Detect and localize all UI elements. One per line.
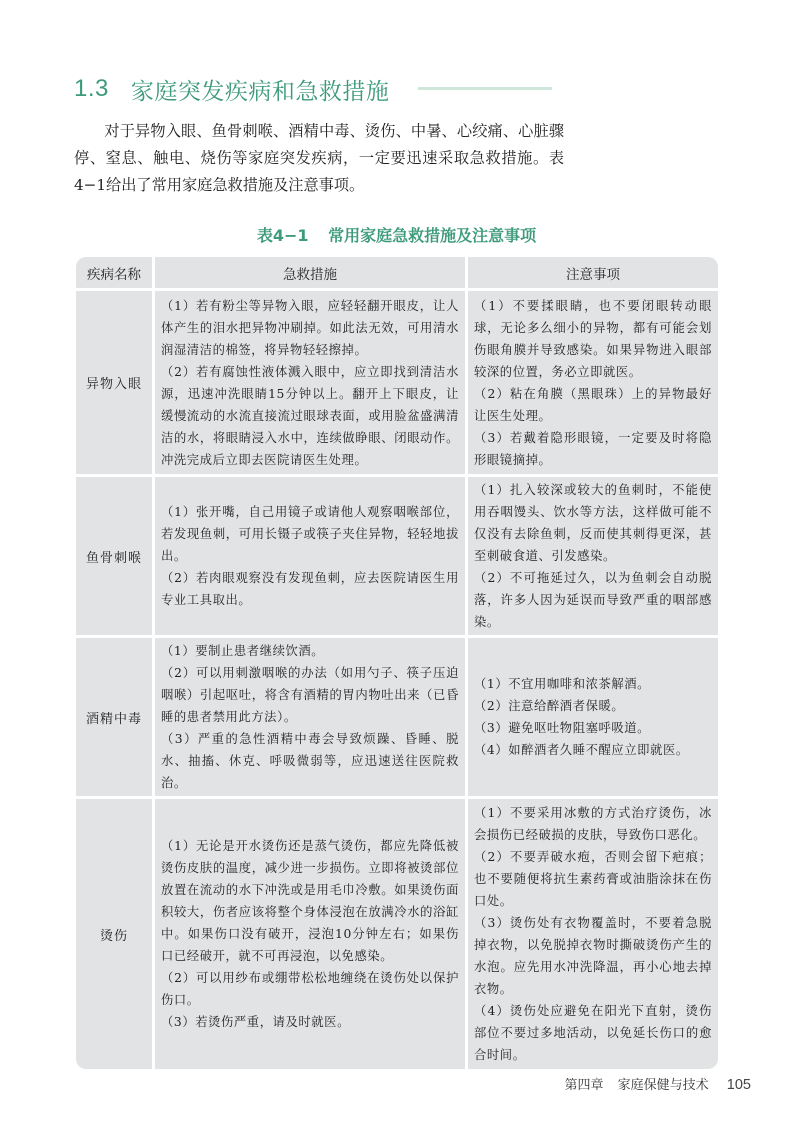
table-caption-title: 常用家庭急救措施及注意事项 xyxy=(328,226,536,245)
table-row: 鱼骨刺喉 （1）张开嘴，自己用镜子或请他人观察咽喉部位，若发现鱼刺，可用长镊子或… xyxy=(76,477,718,638)
measure-item: （2）若肉眼观察没有发现鱼刺，应去医院请医生用专业工具取出。 xyxy=(161,567,459,611)
note-item: （1）扎入较深或较大的鱼刺时，不能使用吞咽馒头、饮水等方法，这样做可能不仅没有去… xyxy=(474,479,712,567)
disease-name: 异物入眼 xyxy=(76,291,155,477)
table-row: 异物入眼 （1）若有粉尘等异物入眼，应轻轻翻开眼皮，让人体产生的泪水把异物冲刷掉… xyxy=(76,291,718,477)
table-header-row: 疾病名称 急救措施 注意事项 xyxy=(76,257,718,291)
first-aid-table: 疾病名称 急救措施 注意事项 异物入眼 （1）若有粉尘等异物入眼，应轻轻翻开眼皮… xyxy=(76,257,718,1069)
note-item: （1）不宜用咖啡和浓茶解酒。 xyxy=(474,673,712,695)
note-item: （1）不要揉眼睛，也不要闭眼转动眼球，无论多么细小的异物，都有可能会划伤眼角膜并… xyxy=(474,295,712,383)
disease-name: 鱼骨刺喉 xyxy=(76,477,155,638)
table-caption-number: 表4−1 xyxy=(257,226,309,245)
note-item: （2）不要弄破水疱，否则会留下疤痕；也不要随便将抗生素药膏或油脂涂抹在伤口处。 xyxy=(474,846,712,912)
notes-cell: （1）不要揉眼睛，也不要闭眼转动眼球，无论多么细小的异物，都有可能会划伤眼角膜并… xyxy=(468,291,718,477)
note-item: （3）烫伤处有衣物覆盖时，不要着急脱掉衣物，以免脱掉衣物时撕破烫伤产生的水泡。应… xyxy=(474,912,712,1000)
measure-item: （3）严重的急性酒精中毒会导致烦躁、昏睡、脱水、抽搐、休克、呼吸微弱等，应迅速送… xyxy=(161,728,459,794)
notes-cell: （1）不要采用冰敷的方式治疗烫伤，冰会损伤已经破损的皮肤，导致伤口恶化。 （2）… xyxy=(468,799,718,1069)
notes-cell: （1）不宜用咖啡和浓茶解酒。 （2）注意给醉酒者保暖。 （3）避免呕吐物阻塞呼吸… xyxy=(468,638,718,799)
note-item: （1）不要采用冰敷的方式治疗烫伤，冰会损伤已经破损的皮肤，导致伤口恶化。 xyxy=(474,802,712,846)
note-item: （2）注意给醉酒者保暖。 xyxy=(474,695,712,717)
measures-cell: （1）无论是开水烫伤还是蒸气烫伤，都应先降低被烫伤皮肤的温度，减少进一步损伤。立… xyxy=(155,799,468,1069)
measure-item: （1）无论是开水烫伤还是蒸气烫伤，都应先降低被烫伤皮肤的温度，减少进一步损伤。立… xyxy=(161,835,459,967)
heading-decorative-rule xyxy=(418,87,552,90)
header-disease-name: 疾病名称 xyxy=(76,257,155,291)
note-item: （3）若戴着隐形眼镜，一定要及时将隐形眼镜摘掉。 xyxy=(474,427,712,471)
note-item: （2）粘在角膜（黑眼珠）上的异物最好让医生处理。 xyxy=(474,383,712,427)
section-title: 家庭突发疾病和急救措施 xyxy=(131,73,390,106)
measure-item: （2）可以用刺激咽喉的办法（如用勺子、筷子压迫咽喉）引起呕吐，将含有酒精的胃内物… xyxy=(161,662,459,728)
measure-item: （1）若有粉尘等异物入眼，应轻轻翻开眼皮，让人体产生的泪水把异物冲刷掉。如此法无… xyxy=(161,295,459,361)
table-row: 酒精中毒 （1）要制止患者继续饮酒。 （2）可以用刺激咽喉的办法（如用勺子、筷子… xyxy=(76,638,718,799)
disease-name: 烫伤 xyxy=(76,799,155,1069)
measure-item: （1）要制止患者继续饮酒。 xyxy=(161,640,459,662)
footer-chapter-title: 家庭保健与技术 xyxy=(618,1078,709,1093)
table-row: 烫伤 （1）无论是开水烫伤还是蒸气烫伤，都应先降低被烫伤皮肤的温度，减少进一步损… xyxy=(76,799,718,1069)
notes-cell: （1）扎入较深或较大的鱼刺时，不能使用吞咽馒头、饮水等方法，这样做可能不仅没有去… xyxy=(468,477,718,638)
note-item: （3）避免呕吐物阻塞呼吸道。 xyxy=(474,717,712,739)
disease-name: 酒精中毒 xyxy=(76,638,155,799)
header-first-aid-measures: 急救措施 xyxy=(155,257,468,291)
note-item: （4）如醉酒者久睡不醒应立即就医。 xyxy=(474,739,712,761)
measures-cell: （1）若有粉尘等异物入眼，应轻轻翻开眼皮，让人体产生的泪水把异物冲刷掉。如此法无… xyxy=(155,291,468,477)
measure-item: （3）若烫伤严重，请及时就医。 xyxy=(161,1011,459,1033)
intro-paragraph: 对于异物入眼、鱼骨刺喉、酒精中毒、烫伤、中暑、心绞痛、心脏骤停、窒息、触电、烧伤… xyxy=(74,118,564,199)
measures-cell: （1）张开嘴，自己用镜子或请他人观察咽喉部位，若发现鱼刺，可用长镊子或筷子夹住异… xyxy=(155,477,468,638)
page-footer: 第四章 家庭保健与技术 105 xyxy=(564,1074,751,1093)
section-heading: 1.3 家庭突发疾病和急救措施 xyxy=(74,72,389,106)
footer-chapter: 第四章 xyxy=(564,1078,603,1093)
note-item: （4）烫伤处应避免在阳光下直射，烫伤部位不要过多地活动，以免延长伤口的愈合时间。 xyxy=(474,1000,712,1066)
measure-item: （2）若有腐蚀性液体溅入眼中，应立即找到清洁水源，迅速冲洗眼睛15分钟以上。翻开… xyxy=(161,361,459,471)
measure-item: （1）张开嘴，自己用镜子或请他人观察咽喉部位，若发现鱼刺，可用长镊子或筷子夹住异… xyxy=(161,501,459,567)
note-item: （2）不可拖延过久，以为鱼刺会自动脱落，许多人因为延误而导致严重的咽部感染。 xyxy=(474,567,712,633)
measures-cell: （1）要制止患者继续饮酒。 （2）可以用刺激咽喉的办法（如用勺子、筷子压迫咽喉）… xyxy=(155,638,468,799)
page-number: 105 xyxy=(727,1077,751,1093)
header-precautions: 注意事项 xyxy=(468,257,718,291)
intro-text: 对于异物入眼、鱼骨刺喉、酒精中毒、烫伤、中暑、心绞痛、心脏骤停、窒息、触电、烧伤… xyxy=(74,118,564,199)
section-number: 1.3 xyxy=(74,75,109,103)
measure-item: （2）可以用纱布或绷带松松地缠绕在烫伤处以保护伤口。 xyxy=(161,967,459,1011)
table-caption: 表4−1 常用家庭急救措施及注意事项 xyxy=(0,223,793,246)
